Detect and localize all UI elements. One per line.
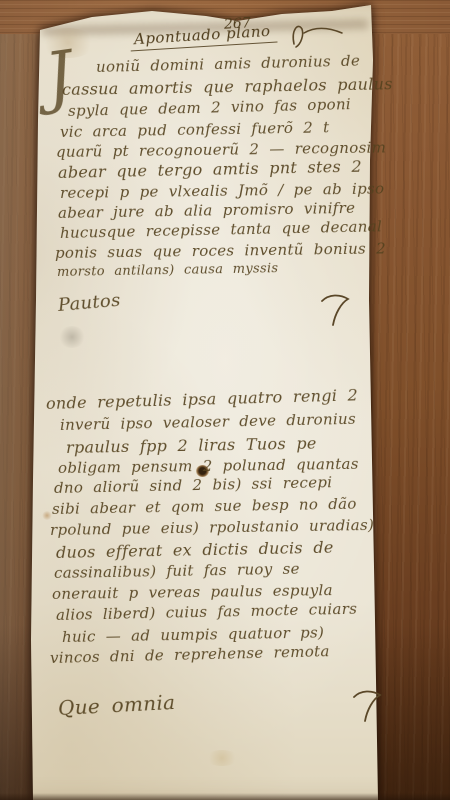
paper-stain — [42, 511, 52, 520]
closing-flourish-icon — [352, 688, 382, 722]
paper-stain — [205, 750, 239, 766]
paper-stain — [58, 326, 86, 348]
bottom-edge-shadow — [0, 793, 450, 800]
heading-flourish-icon — [288, 20, 344, 52]
manuscript-photo: 267 Apontuado plano J uoniũ domini amis … — [0, 0, 450, 800]
paragraph-end-flourish-icon — [320, 292, 350, 326]
